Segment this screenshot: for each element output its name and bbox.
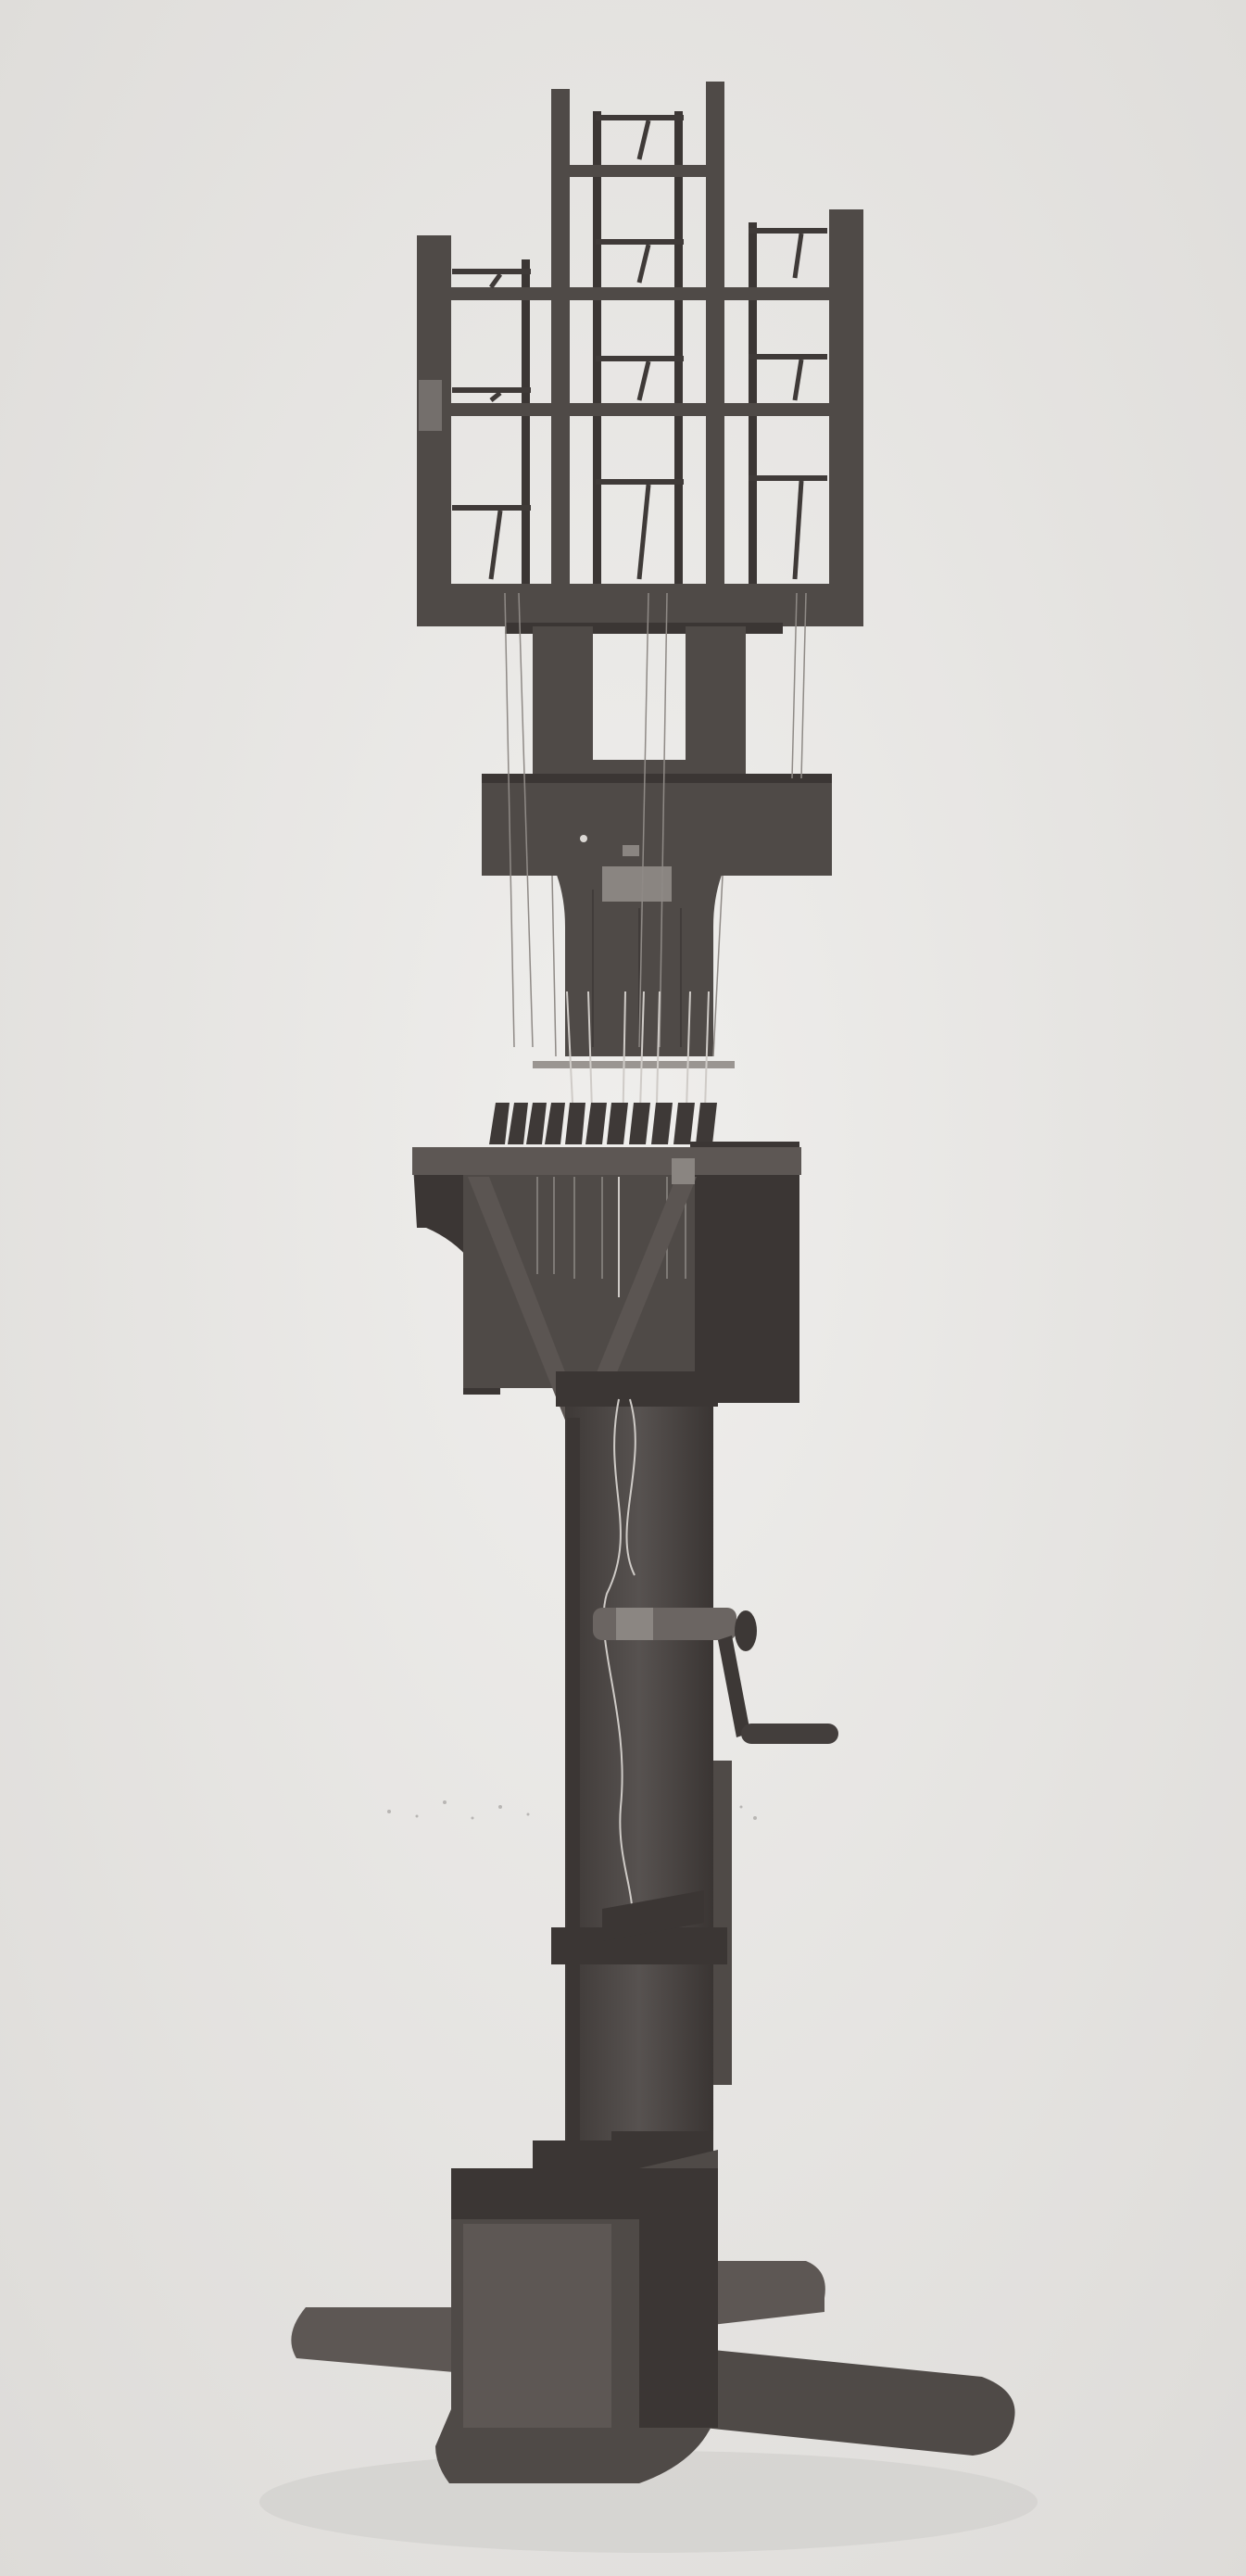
plaque <box>602 866 672 902</box>
main-post <box>551 1371 732 2168</box>
photograph <box>0 0 1246 2576</box>
